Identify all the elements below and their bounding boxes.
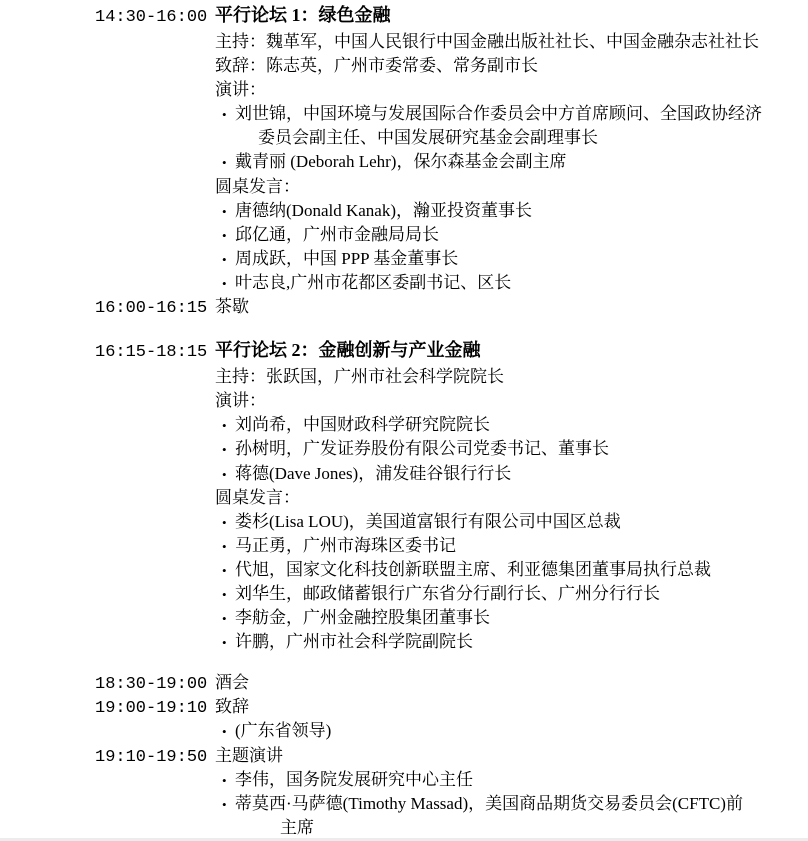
- schedule-row: •刘华生，邮政储蓄银行广东省分行副行长、广州分行行长: [95, 582, 808, 606]
- row-text: 酒会: [215, 673, 249, 692]
- schedule-row: 演讲：: [95, 78, 808, 102]
- row-text: 平行论坛 1：绿色金融: [215, 5, 391, 25]
- bullet-icon: •: [222, 720, 235, 744]
- row-content: 主席: [215, 816, 314, 840]
- schedule-row: 16:00-16:15茶歇: [95, 295, 808, 319]
- row-text: 代旭，国家文化科技创新联盟主席、利亚德集团董事局执行总裁: [235, 560, 711, 579]
- schedule-row: 演讲：: [95, 389, 808, 413]
- blank-line: [95, 654, 808, 671]
- bullet-icon: •: [222, 272, 235, 296]
- row-text: 致辞：陈志英，广州市委常委、常务副市长: [215, 56, 538, 75]
- bullet-icon: •: [222, 463, 235, 487]
- bullet-icon: •: [222, 607, 235, 631]
- schedule-row: •李舫金，广州金融控股集团董事长: [95, 606, 808, 630]
- bullet-icon: •: [222, 511, 235, 535]
- schedule-row: •周成跃，中国 PPP 基金董事长: [95, 247, 808, 271]
- row-content: •唐德纳(Donald Kanak)，瀚亚投资董事长: [215, 199, 532, 224]
- time-cell: 16:00-16:15: [95, 297, 215, 321]
- row-text: 委员会副主任、中国发展研究基金会副理事长: [258, 128, 598, 147]
- schedule-row: •(广东省领导): [95, 719, 808, 743]
- row-text: 刘华生，邮政储蓄银行广东省分行副行长、广州分行行长: [235, 584, 660, 603]
- row-text: 主席: [280, 818, 314, 837]
- schedule-row: •邱亿通，广州市金融局局长: [95, 223, 808, 247]
- row-text: 演讲：: [215, 391, 266, 410]
- schedule-row: 18:30-19:00酒会: [95, 671, 808, 695]
- time-cell: 16:15-18:15: [95, 338, 215, 367]
- schedule-row: 主席: [95, 816, 808, 840]
- row-content: 主题演讲: [215, 744, 283, 768]
- row-text: 许鹏，广州市社会科学院副院长: [235, 632, 473, 651]
- row-text: 李舫金，广州金融控股集团董事长: [235, 608, 490, 627]
- row-content: •李舫金，广州金融控股集团董事长: [215, 606, 490, 631]
- row-content: •蒂莫西·马萨德(Timothy Massad)，美国商品期货交易委员会(CFT…: [215, 792, 743, 817]
- row-content: •戴青丽 (Deborah Lehr)，保尔森基金会副主席: [215, 150, 566, 175]
- row-content: •蒋德(Dave Jones)，浦发硅谷银行行长: [215, 462, 511, 487]
- row-content: 茶歇: [215, 295, 249, 319]
- row-text: 娄杉(Lisa LOU)，美国道富银行有限公司中国区总裁: [235, 512, 621, 531]
- row-text: 平行论坛 2：金融创新与产业金融: [215, 340, 481, 360]
- schedule-row: •孙树明，广发证券股份有限公司党委书记、董事长: [95, 437, 808, 461]
- bullet-icon: •: [222, 224, 235, 248]
- schedule-row: 主持：魏革军，中国人民银行中国金融出版社社长、中国金融杂志社社长: [95, 30, 808, 54]
- schedule-row: •刘尚希，中国财政科学研究院院长: [95, 413, 808, 437]
- row-content: •李伟，国务院发展研究中心主任: [215, 768, 473, 793]
- row-text: 主题演讲: [215, 746, 283, 765]
- row-content: 委员会副主任、中国发展研究基金会副理事长: [215, 126, 598, 150]
- row-text: 蒂莫西·马萨德(Timothy Massad)，美国商品期货交易委员会(CFTC…: [235, 794, 743, 813]
- row-text: 刘尚希，中国财政科学研究院院长: [235, 415, 490, 434]
- row-content: 平行论坛 2：金融创新与产业金融: [215, 336, 481, 365]
- row-text: 茶歇: [215, 297, 249, 316]
- bullet-icon: •: [222, 631, 235, 655]
- schedule-row: 16:15-18:15平行论坛 2：金融创新与产业金融: [95, 336, 808, 365]
- row-content: 致辞: [215, 695, 249, 719]
- row-text: 戴青丽 (Deborah Lehr)，保尔森基金会副主席: [235, 152, 566, 171]
- row-content: •(广东省领导): [215, 719, 331, 744]
- row-text: 主持：魏革军，中国人民银行中国金融出版社社长、中国金融杂志社社长: [215, 32, 759, 51]
- row-content: 圆桌发言：: [215, 486, 300, 510]
- row-content: 演讲：: [215, 389, 266, 413]
- schedule-row: 19:10-19:50主题演讲: [95, 744, 808, 768]
- bullet-icon: •: [222, 103, 235, 127]
- row-content: •邱亿通，广州市金融局局长: [215, 223, 439, 248]
- blank-line: [95, 319, 808, 336]
- bullet-icon: •: [222, 793, 235, 817]
- row-content: 平行论坛 1：绿色金融: [215, 1, 391, 30]
- bullet-icon: •: [222, 559, 235, 583]
- schedule-row: 委员会副主任、中国发展研究基金会副理事长: [95, 126, 808, 150]
- schedule-row: 14:30-16:00平行论坛 1：绿色金融: [95, 1, 808, 30]
- bullet-icon: •: [222, 535, 235, 559]
- schedule-row: •唐德纳(Donald Kanak)，瀚亚投资董事长: [95, 199, 808, 223]
- schedule-row: 致辞：陈志英，广州市委常委、常务副市长: [95, 54, 808, 78]
- schedule-row: •戴青丽 (Deborah Lehr)，保尔森基金会副主席: [95, 150, 808, 174]
- schedule-row: 主持：张跃国，广州市社会科学院院长: [95, 365, 808, 389]
- time-cell: 19:00-19:10: [95, 697, 215, 721]
- schedule-row: •许鹏，广州市社会科学院副院长: [95, 630, 808, 654]
- row-content: •娄杉(Lisa LOU)，美国道富银行有限公司中国区总裁: [215, 510, 621, 535]
- schedule-row: 圆桌发言：: [95, 486, 808, 510]
- row-content: 演讲：: [215, 78, 266, 102]
- time-cell: 18:30-19:00: [95, 673, 215, 697]
- row-content: 酒会: [215, 671, 249, 695]
- bullet-icon: •: [222, 248, 235, 272]
- row-content: 主持：张跃国，广州市社会科学院院长: [215, 365, 504, 389]
- time-cell: 14:30-16:00: [95, 3, 215, 32]
- row-content: •马正勇，广州市海珠区委书记: [215, 534, 456, 559]
- row-content: •叶志良,广州市花都区委副书记、区长: [215, 271, 511, 296]
- row-text: 叶志良,广州市花都区委副书记、区长: [235, 273, 511, 292]
- row-content: •许鹏，广州市社会科学院副院长: [215, 630, 473, 655]
- schedule-row: •蒂莫西·马萨德(Timothy Massad)，美国商品期货交易委员会(CFT…: [95, 792, 808, 816]
- row-text: 刘世锦，中国环境与发展国际合作委员会中方首席顾问、全国政协经济: [235, 104, 762, 123]
- row-content: 主持：魏革军，中国人民银行中国金融出版社社长、中国金融杂志社社长: [215, 30, 759, 54]
- row-text: 主持：张跃国，广州市社会科学院院长: [215, 367, 504, 386]
- schedule-row: 圆桌发言：: [95, 175, 808, 199]
- schedule-row: •蒋德(Dave Jones)，浦发硅谷银行行长: [95, 462, 808, 486]
- row-text: 周成跃，中国 PPP 基金董事长: [235, 249, 458, 268]
- row-content: 致辞：陈志英，广州市委常委、常务副市长: [215, 54, 538, 78]
- schedule-row: 19:00-19:10致辞: [95, 695, 808, 719]
- schedule-row: •叶志良,广州市花都区委副书记、区长: [95, 271, 808, 295]
- bullet-icon: •: [222, 438, 235, 462]
- row-text: 圆桌发言：: [215, 488, 300, 507]
- row-text: 演讲：: [215, 80, 266, 99]
- bullet-icon: •: [222, 414, 235, 438]
- schedule-row: •代旭，国家文化科技创新联盟主席、利亚德集团董事局执行总裁: [95, 558, 808, 582]
- row-text: 孙树明，广发证券股份有限公司党委书记、董事长: [235, 439, 609, 458]
- bullet-icon: •: [222, 151, 235, 175]
- schedule-row: •刘世锦，中国环境与发展国际合作委员会中方首席顾问、全国政协经济: [95, 102, 808, 126]
- row-content: •代旭，国家文化科技创新联盟主席、利亚德集团董事局执行总裁: [215, 558, 711, 583]
- row-text: 邱亿通，广州市金融局局长: [235, 225, 439, 244]
- schedule-row: •李伟，国务院发展研究中心主任: [95, 768, 808, 792]
- row-text: 圆桌发言：: [215, 177, 300, 196]
- time-cell: 19:10-19:50: [95, 746, 215, 770]
- bullet-icon: •: [222, 583, 235, 607]
- schedule-row: •马正勇，广州市海珠区委书记: [95, 534, 808, 558]
- row-text: 蒋德(Dave Jones)，浦发硅谷银行行长: [235, 464, 511, 483]
- row-text: 致辞: [215, 697, 249, 716]
- row-content: •刘尚希，中国财政科学研究院院长: [215, 413, 490, 438]
- bullet-icon: •: [222, 200, 235, 224]
- row-content: •刘世锦，中国环境与发展国际合作委员会中方首席顾问、全国政协经济: [215, 102, 762, 127]
- schedule-row: •娄杉(Lisa LOU)，美国道富银行有限公司中国区总裁: [95, 510, 808, 534]
- bullet-icon: •: [222, 769, 235, 793]
- row-text: (广东省领导): [235, 721, 331, 740]
- row-content: 圆桌发言：: [215, 175, 300, 199]
- row-content: •周成跃，中国 PPP 基金董事长: [215, 247, 458, 272]
- row-content: •刘华生，邮政储蓄银行广东省分行副行长、广州分行行长: [215, 582, 660, 607]
- row-text: 马正勇，广州市海珠区委书记: [235, 536, 456, 555]
- row-content: •孙树明，广发证券股份有限公司党委书记、董事长: [215, 437, 609, 462]
- schedule: 14:30-16:00平行论坛 1：绿色金融主持：魏革军，中国人民银行中国金融出…: [0, 0, 808, 840]
- row-text: 李伟，国务院发展研究中心主任: [235, 770, 473, 789]
- row-text: 唐德纳(Donald Kanak)，瀚亚投资董事长: [235, 201, 532, 220]
- agenda-page: 14:30-16:00平行论坛 1：绿色金融主持：魏革军，中国人民银行中国金融出…: [0, 0, 808, 841]
